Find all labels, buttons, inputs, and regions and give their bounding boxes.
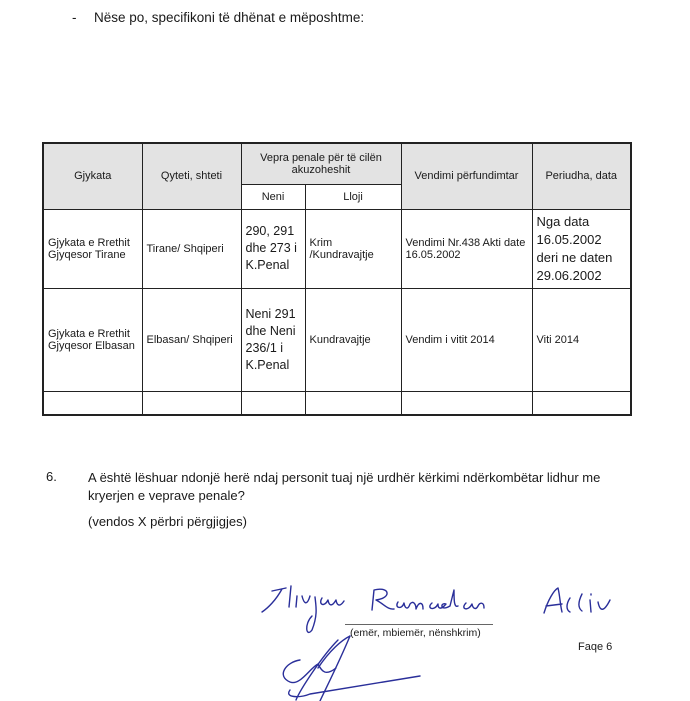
handwritten-signature [0,0,690,701]
signature-scribble [283,636,420,701]
handwritten-name [262,586,610,632]
